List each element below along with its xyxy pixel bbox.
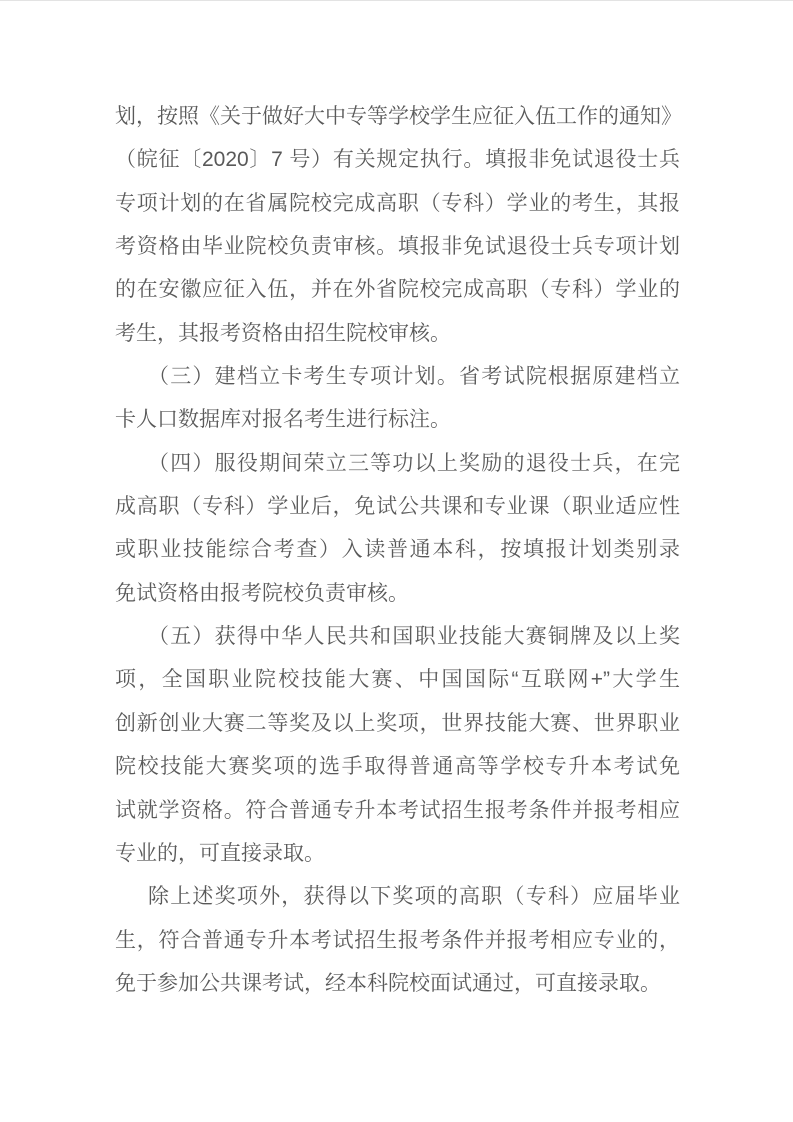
text-line: 项，全国职业院校技能大赛、中国国际“互联网+”大学生: [115, 658, 680, 701]
text-line: 专业的，可直接录取。: [115, 832, 680, 875]
text-line: 考生，其报考资格由招生院校审核。: [115, 312, 680, 355]
text-line: 或职业技能综合考查）入读普通本科，按填报计划类别录取。: [115, 528, 680, 571]
text-line: 免试资格由报考院校负责审核。: [115, 572, 680, 615]
text-line: 院校技能大赛奖项的选手取得普通高等学校专升本考试免: [115, 745, 680, 788]
text-line: 的在安徽应征入伍，并在外省院校完成高职（专科）学业的: [115, 268, 680, 311]
text-line: 成高职（专科）学业后，免试公共课和专业课（职业适应性: [115, 485, 680, 528]
text-line: （皖征〔2020〕7 号）有关规定执行。填报非免试退役士兵: [115, 138, 680, 181]
text-line: 试就学资格。符合普通专升本考试招生报考条件并报考相应: [115, 789, 680, 832]
text-line: 卡人口数据库对报名考生进行标注。: [115, 398, 680, 441]
document-page: 划，按照《关于做好大中专等学校学生应征入伍工作的通知》（皖征〔2020〕7 号）…: [0, 0, 793, 1122]
text-line: 专项计划的在省属院校完成高职（专科）学业的考生，其报: [115, 182, 680, 225]
document-body: 划，按照《关于做好大中专等学校学生应征入伍工作的通知》（皖征〔2020〕7 号）…: [115, 95, 680, 1005]
text-line: 考资格由毕业院校负责审核。填报非免试退役士兵专项计划: [115, 225, 680, 268]
text-line: 生，符合普通专升本考试招生报考条件并报考相应专业的，: [115, 919, 680, 962]
page-top-edge: [0, 0, 793, 1]
text-line: 除上述奖项外，获得以下奖项的高职（专科）应届毕业: [115, 875, 680, 918]
text-line: （三）建档立卡考生专项计划。省考试院根据原建档立: [115, 355, 680, 398]
text-line: 划，按照《关于做好大中专等学校学生应征入伍工作的通知》: [115, 95, 680, 138]
text-line: 免于参加公共课考试，经本科院校面试通过，可直接录取。: [115, 962, 680, 1005]
text-line: 创新创业大赛二等奖及以上奖项，世界技能大赛、世界职业: [115, 702, 680, 745]
text-line: （四）服役期间荣立三等功以上奖励的退役士兵，在完: [115, 442, 680, 485]
text-line: （五）获得中华人民共和国职业技能大赛铜牌及以上奖: [115, 615, 680, 658]
